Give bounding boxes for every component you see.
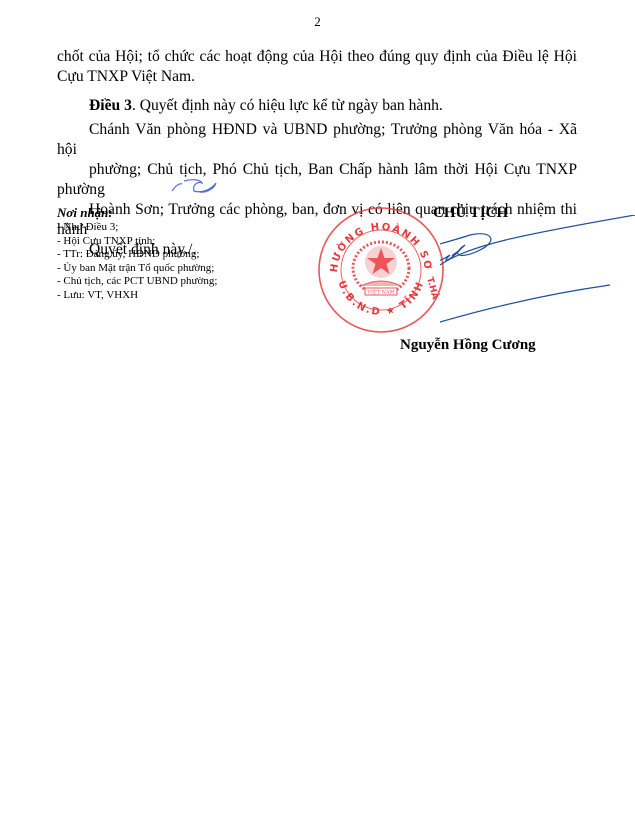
signer-name: Nguyễn Hồng Cương [400, 337, 536, 354]
official-seal-icon: PHƯỜNG HOÀNH SƠN U.B.N.D ★ TĨNH VIỆT NAM… [317, 206, 445, 334]
recipient-item: - TTr: Đảng ủy, HĐND phường; [57, 248, 217, 262]
seal-ribbon-text: VIỆT NAM [366, 288, 394, 296]
seal-right-text: T.HÀ [424, 276, 441, 301]
article-text: . Quyết định này có hiệu lực kể từ ngày … [132, 97, 443, 114]
recipient-item: - Ủy ban Mặt trận Tổ quốc phường; [57, 262, 217, 276]
text-line: Cựu TNXP Việt Nam. [57, 67, 577, 87]
paragraph-continuation: chốt của Hội; tổ chức các hoạt động của … [57, 47, 577, 87]
recipients-list: Nơi nhận: - Như Điều 3; - Hội Cựu TNXP t… [57, 205, 217, 303]
text-line: Chánh Văn phòng HĐND và UBND phường; Trư… [57, 120, 577, 160]
article-label: Điều 3 [89, 97, 132, 114]
handwritten-signature-icon [440, 215, 635, 335]
text-line: chốt của Hội; tổ chức các hoạt động của … [57, 47, 577, 67]
recipient-item: - Như Điều 3; [57, 221, 217, 235]
recipients-heading: Nơi nhận: [57, 205, 217, 221]
recipient-item: - Hội Cựu TNXP tỉnh; [57, 235, 217, 249]
recipient-item: - Lưu: VT, VHXH [57, 289, 217, 303]
article-3: Điều 3. Quyết định này có hiệu lực kể từ… [57, 96, 577, 116]
recipient-item: - Chủ tịch, các PCT UBND phường; [57, 275, 217, 289]
page-number: 2 [0, 14, 635, 30]
initials-mark-icon [170, 175, 220, 197]
text-line: phường; Chủ tịch, Phó Chủ tịch, Ban Chấp… [57, 160, 577, 200]
